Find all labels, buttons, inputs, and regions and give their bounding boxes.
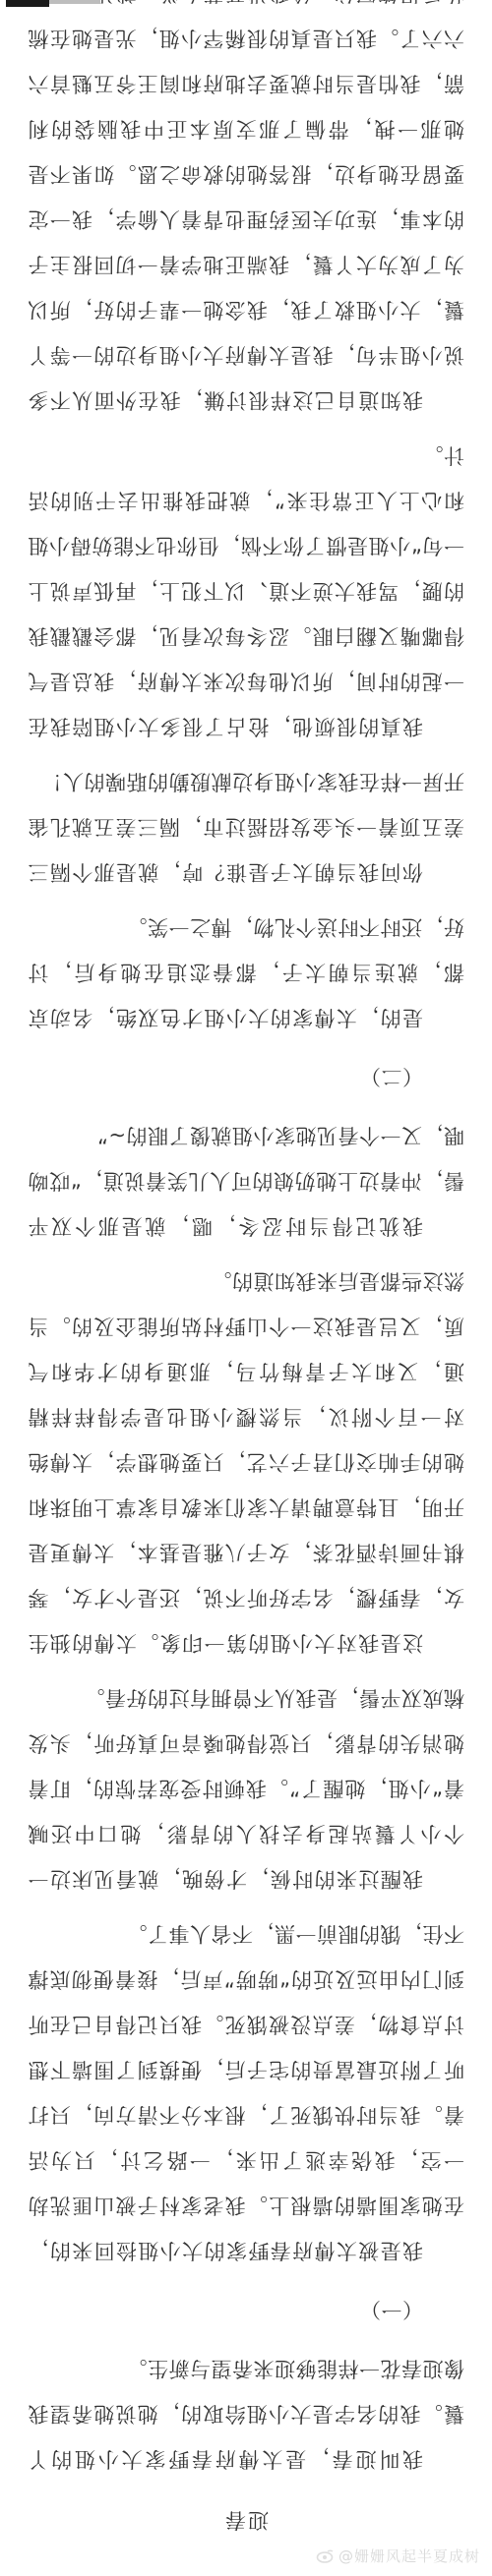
section-marker: （一）	[28, 2287, 464, 2332]
story-paragraph: 我犹记得当时忍冬，嗯，就是那个双平髻，冲着边上她奶娘的可人儿笑着说道，“哎呦喂，…	[28, 1113, 464, 1249]
screenshot-page: 迎春我叫迎春，是太傅府春野家大小姐的丫鬟。我的名字是大小姐给取的，她说她希望我像…	[0, 0, 492, 2576]
story-paragraph: 你问我当朝太子是谁？哼，就是那个隔三差五顶着一头金发招摇过市，隔三差五就孔雀开屏…	[28, 759, 464, 895]
story-paragraph: 这是我对大小姐的第一印象。太傅的独生女，春野樱，名字好听不说，还是个才女，琴棋书…	[28, 1259, 464, 1666]
watermark: @姗姗风起半夏成树	[316, 2546, 480, 2566]
rotated-story-content: 迎春我叫迎春，是太傅府春野家大小姐的丫鬟。我的名字是大小姐给取的，她说她希望我像…	[0, 0, 492, 2576]
story-paragraph: 是的，太傅家的大小姐才色双绝，名动京都，就连当朝太子，都眷恋追在她身后，讨好，还…	[28, 905, 464, 1040]
watermark-handle: @姗姗风起半夏成树	[338, 2546, 480, 2566]
story-paragraph: 我叫迎春，是太傅府春野家大小姐的丫鬟。我的名字是大小姐给取的，她说她希望我像迎春…	[28, 2346, 464, 2482]
story-body: 迎春我叫迎春，是太傅府春野家大小姐的丫鬟。我的名字是大小姐给取的，她说她希望我像…	[28, 0, 464, 2543]
corner-artifact-bar-faint	[49, 0, 100, 4]
story-paragraph: 我是被太傅府春野家的大小姐捡回来的，在她家围墙的墙根上。我老家村子被山匪洗劫一空…	[28, 1911, 464, 2273]
story-paragraph: 我真的很烦他，抢占了很多大小姐陪我在一起的时间，所以他每次来太傅府，我总是气得嘟…	[28, 433, 464, 749]
story-title: 迎春	[28, 2497, 464, 2543]
section-marker: （二）	[28, 1054, 464, 1099]
weibo-eye-icon	[316, 2549, 334, 2563]
corner-artifact-bar	[6, 0, 49, 7]
story-paragraph: 我醒过来的时候，才傍晚，就看见床边一个小丫鬟站起身去找人的背影，她口中还喊着“小…	[28, 1675, 464, 1902]
story-paragraph: 我知道自己这样很讨嫌，我在外面从不多说小姐半句，我是太傅府大小姐身边的一等丫鬟，…	[28, 0, 464, 423]
